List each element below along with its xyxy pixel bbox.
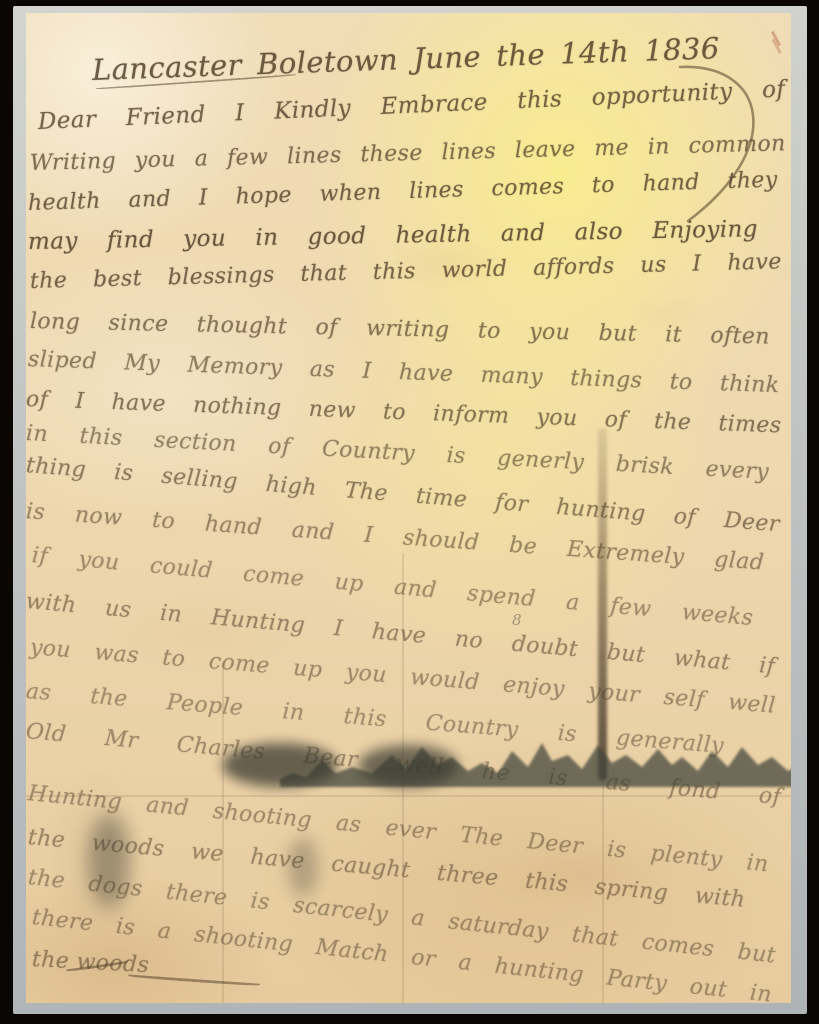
- letter-line: healthandIhopewhenlinescomestohandthey: [28, 167, 778, 216]
- stray-mark: 8: [512, 611, 522, 629]
- letter-line: mayfindyouingoodhealthandalsoEnjoying: [28, 216, 758, 255]
- red-corner-mark: [771, 31, 781, 47]
- ink-smudge: [222, 743, 338, 787]
- letter-paper: LancasterBoletownJunethe14th1836 DearFri…: [26, 13, 791, 1003]
- letter-heading: LancasterBoletownJunethe14th1836: [91, 31, 720, 87]
- letter-photo: LancasterBoletownJunethe14th1836 DearFri…: [0, 0, 819, 1024]
- ink-smudge: [358, 745, 458, 787]
- ink-blot-band: [280, 727, 791, 791]
- letter-line: longsincethoughtofwritingtoyoubutitoften: [30, 309, 770, 349]
- letter-line: Writingyouafewlinestheselinesleavemeinco…: [30, 131, 786, 176]
- pen-flourish: [128, 974, 260, 986]
- ink-smudge: [288, 837, 318, 897]
- ink-smudge: [88, 813, 130, 908]
- letter-line: thebestblessingsthatthisworldaffordsusIh…: [30, 249, 782, 294]
